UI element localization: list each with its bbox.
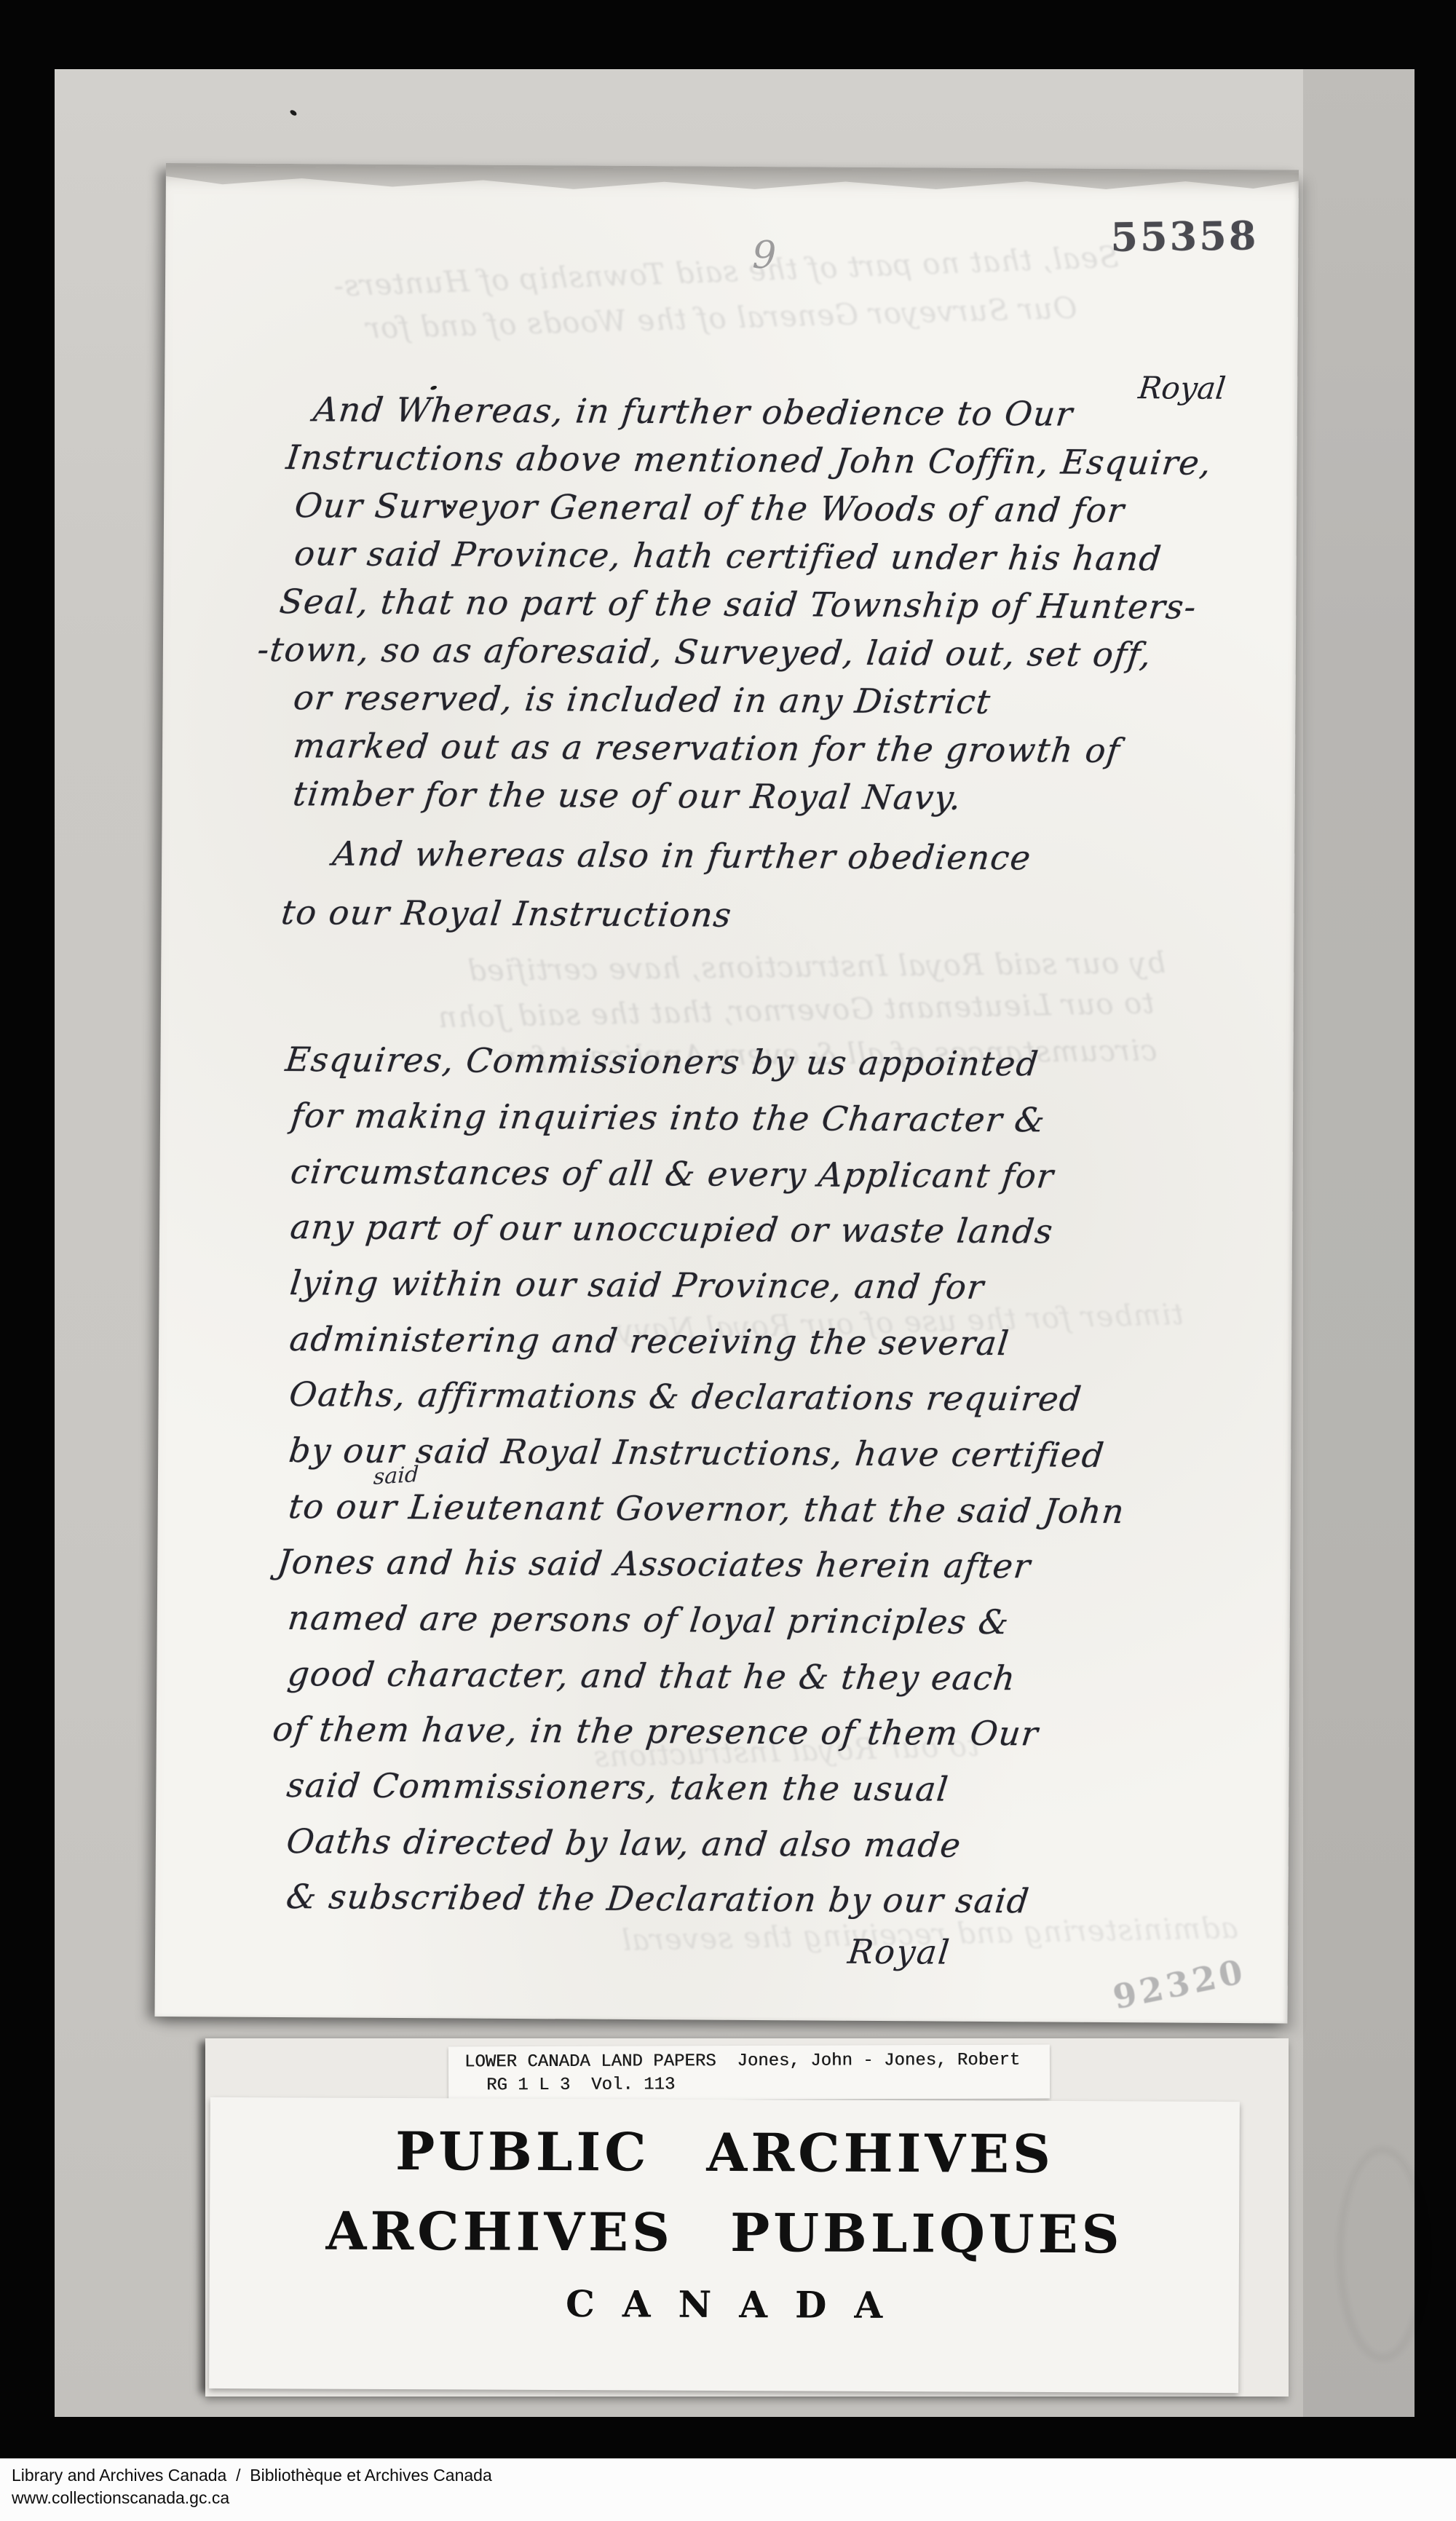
manuscript-line: -town, so as aforesaid, Surveyed, laid o… xyxy=(256,630,1154,674)
manuscript-line: circumstances of all & every Applicant f… xyxy=(289,1152,1056,1195)
public-archives-card: PUBLIC ARCHIVES ARCHIVES PUBLIQUES CANAD… xyxy=(209,2097,1240,2393)
reference-label-line1: LOWER CANADA LAND PAPERS Jones, John - J… xyxy=(464,2051,1020,2073)
manuscript-line: marked out as a reservation for the grow… xyxy=(291,726,1123,770)
reference-label-line2: RG 1 L 3 Vol. 113 xyxy=(486,2075,675,2095)
manuscript-line: Our Surveyor General of the Woods of and… xyxy=(293,486,1127,530)
faint-number-stamp: 92320 xyxy=(1109,1951,1249,2017)
footer-institution: Library and Archives Canada / Bibliothèq… xyxy=(12,2466,492,2485)
manuscript-line: named are persons of loyal principles & xyxy=(286,1598,1012,1642)
manuscript-line: to our Royal Instructions xyxy=(280,893,735,935)
manuscript-line: or reserved, is included in any District xyxy=(292,678,994,721)
superscript-insertion: Royal xyxy=(1136,370,1227,406)
manuscript-line: to our Lieutenant Governor, that the sai… xyxy=(287,1487,1127,1531)
manuscript-line: said Commissioners, taken the usual xyxy=(285,1765,951,1809)
archive-number-stamp: 55358 xyxy=(1110,212,1259,260)
bleedthrough-line: Our Surveyor General of the Woods of and… xyxy=(365,292,1077,346)
archival-reference-label: LOWER CANADA LAND PAPERS Jones, John - J… xyxy=(448,2045,1050,2101)
manuscript-line: Esquires, Commissioners by us appointed xyxy=(284,1040,1041,1083)
manuscript-line: administering and receiving the several xyxy=(288,1319,1011,1363)
manuscript-line: And Whereas, in further obedience to Our xyxy=(312,389,1075,433)
manuscript-line: Oaths directed by law, and also made xyxy=(285,1821,964,1865)
manuscript-page: Seal, that no part of the said Township … xyxy=(154,166,1298,2023)
archives-card-title-fr: ARCHIVES PUBLIQUES xyxy=(210,2199,1239,2265)
manuscript-line: our said Province, hath certified under … xyxy=(293,534,1164,578)
manuscript-line: good character, and that he & they each xyxy=(285,1654,1018,1698)
superscript-insertion: said xyxy=(373,1462,419,1490)
manuscript-line: lying within our said Province, and for xyxy=(288,1263,987,1307)
archives-card-country: CANADA xyxy=(210,2281,1239,2328)
bleedthrough-line: by our said Royal Instructions, have cer… xyxy=(467,946,1166,988)
manuscript-line: Instructions above mentioned John Coffin… xyxy=(285,438,1214,483)
page-number: 9 xyxy=(752,234,776,277)
manuscript-line: of them have, in the presence of them Ou… xyxy=(271,1709,1041,1753)
manuscript-line: for making inquiries into the Character … xyxy=(289,1096,1048,1139)
manuscript-line: & subscribed the Declaration by our said xyxy=(284,1877,1032,1920)
manuscript-line: And whereas also in further obedience xyxy=(331,834,1033,877)
manuscript-line: Seal, that no part of the said Township … xyxy=(277,582,1199,627)
footer-bar: Library and Archives Canada / Bibliothèq… xyxy=(0,2458,1456,2521)
manuscript-line: any part of our unoccupied or waste land… xyxy=(288,1207,1056,1251)
scanned-document-screen: Seal, that no part of the said Township … xyxy=(0,0,1456,2521)
archives-card-title-en: PUBLIC ARCHIVES xyxy=(210,2119,1239,2185)
scanner-bed-stain xyxy=(1338,2148,1427,2360)
manuscript-line: Jones and his said Associates herein aft… xyxy=(275,1542,1033,1586)
manuscript-line: Oaths, affirmations & declarations requi… xyxy=(288,1374,1085,1419)
manuscript-line: timber for the use of our Royal Navy. xyxy=(291,774,964,818)
bleedthrough-line: to our Lieutenant Governor, that the sai… xyxy=(438,986,1155,1034)
scanner-bed-shadow-band xyxy=(1303,69,1415,2417)
catchword: Royal xyxy=(846,1932,952,1972)
footer-url: www.collectionscanada.gc.ca xyxy=(12,2488,229,2508)
